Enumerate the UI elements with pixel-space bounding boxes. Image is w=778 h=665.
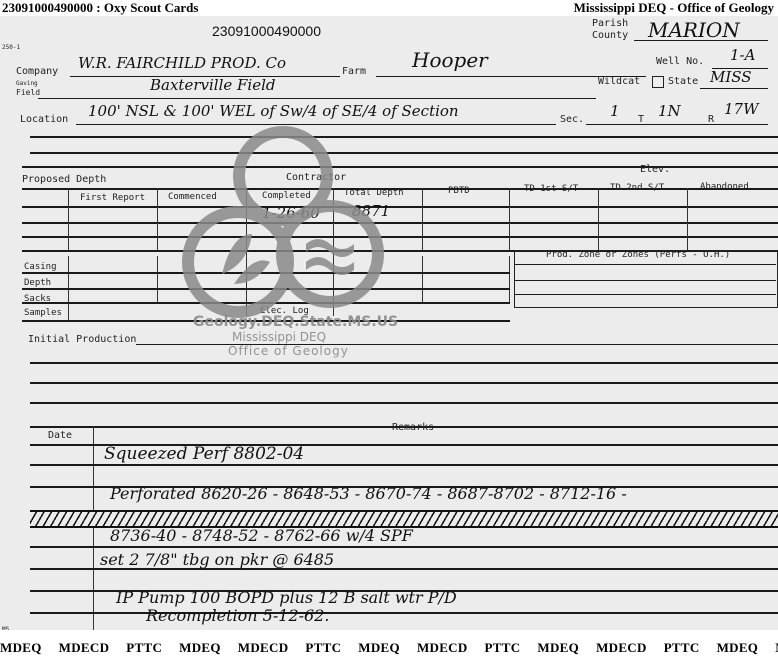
casing-label: Casing	[24, 262, 57, 272]
footer-item: PTTC	[305, 640, 341, 655]
r-value: 17W	[724, 100, 759, 118]
remark-line-1: Squeezed Perf 8802-04	[104, 444, 304, 464]
sec-label: Sec.	[560, 114, 584, 125]
county-label: County	[592, 30, 628, 41]
date-column-header: Date	[48, 430, 72, 441]
agency-title: Mississippi DEQ - Office of Geology	[574, 0, 774, 16]
depth-label: Depth	[24, 278, 51, 288]
footer-item: PTTC	[485, 640, 521, 655]
footer-item: MDEQ	[0, 640, 42, 655]
location-label: Location	[20, 114, 68, 125]
company-value: W.R. FAIRCHILD PROD. Co	[78, 54, 286, 72]
table-header-pbtd: PBTD	[448, 186, 470, 196]
watermark-url: Geology.DEQ.State.MS.US	[193, 314, 398, 330]
remark-line-5: IP Pump 100 BOPD plus 12 B salt wtr P/D	[116, 588, 457, 607]
county-value: MARION	[648, 18, 740, 42]
table-header-first-report: First Report	[80, 193, 145, 203]
farm-label: Farm	[342, 66, 366, 77]
left-margin-mark: MS	[2, 626, 9, 630]
mdeq-logo-watermark-icon	[182, 124, 384, 324]
footer-banner: MDEQMDECDPTTCMDEQMDECDPTTCMDEQMDECDPTTCM…	[0, 640, 778, 665]
company-label: Company	[16, 66, 58, 77]
footer-item: MDEQ	[537, 640, 579, 655]
footer-item: PTTC	[664, 640, 700, 655]
wildcat-checkbox[interactable]	[652, 76, 664, 88]
footer-item: MDEQ	[179, 640, 221, 655]
watermark-office: Office of Geology	[228, 344, 349, 358]
state-label: State	[668, 76, 698, 87]
footer-item: MDECD	[417, 640, 468, 655]
field-label: Field	[16, 88, 40, 97]
watermark-agency: Mississippi DEQ	[232, 330, 326, 344]
field-small-label: Gaving	[16, 80, 38, 87]
scout-card-scan: 250-1 23091000490000 Parish County MARIO…	[0, 16, 778, 630]
elev-label: Elev.	[640, 164, 670, 175]
remarks-column-header: Remarks	[392, 422, 434, 433]
t-value: 1N	[658, 102, 681, 120]
farm-value: Hooper	[412, 48, 488, 72]
footer-item: MDEQ	[358, 640, 400, 655]
remark-line-3: 8736-40 - 8748-52 - 8762-66 w/4 SPF	[110, 526, 413, 545]
table-header-abandoned: Abandoned	[700, 182, 749, 192]
sec-value: 1	[610, 102, 620, 120]
state-value: MISS	[710, 68, 752, 86]
proposed-depth-label: Proposed Depth	[22, 174, 106, 185]
wildcat-label: Wildcat	[598, 76, 640, 87]
remark-line-6: Recompletion 5-12-62.	[146, 606, 329, 625]
well-no-label: Well No.	[656, 56, 704, 67]
samples-label: Samples	[24, 308, 62, 318]
footer-item: MDECD	[59, 640, 110, 655]
footer-item: PTTC	[126, 640, 162, 655]
prod-zone-label: Prod. Zone or Zones (Perfs - O.H.)	[546, 250, 730, 260]
footer-item: MDECD	[238, 640, 289, 655]
table-header-td-1st: TD 1st S/T	[524, 184, 578, 194]
location-value: 100' NSL & 100' WEL of Sw/4 of SE/4 of S…	[88, 102, 459, 120]
footer-item: MDEQ	[717, 640, 759, 655]
api-number: 23091000490000	[212, 23, 321, 39]
remark-line-4: set 2 7/8" tbg on pkr @ 6485	[100, 550, 334, 569]
document-title: 23091000490000 : Oxy Scout Cards	[2, 0, 198, 16]
corner-mark: 250-1	[2, 44, 20, 51]
remark-line-2: Perforated 8620-26 - 8648-53 - 8670-74 -…	[110, 484, 627, 503]
table-header-td-2nd: TD 2nd S/T	[610, 183, 664, 193]
field-value: Baxterville Field	[150, 76, 276, 94]
parish-label: Parish	[592, 18, 628, 29]
footer-item: MDECD	[596, 640, 647, 655]
initial-production-label: Initial Production	[28, 334, 136, 345]
well-no-value: 1-A	[730, 46, 755, 64]
